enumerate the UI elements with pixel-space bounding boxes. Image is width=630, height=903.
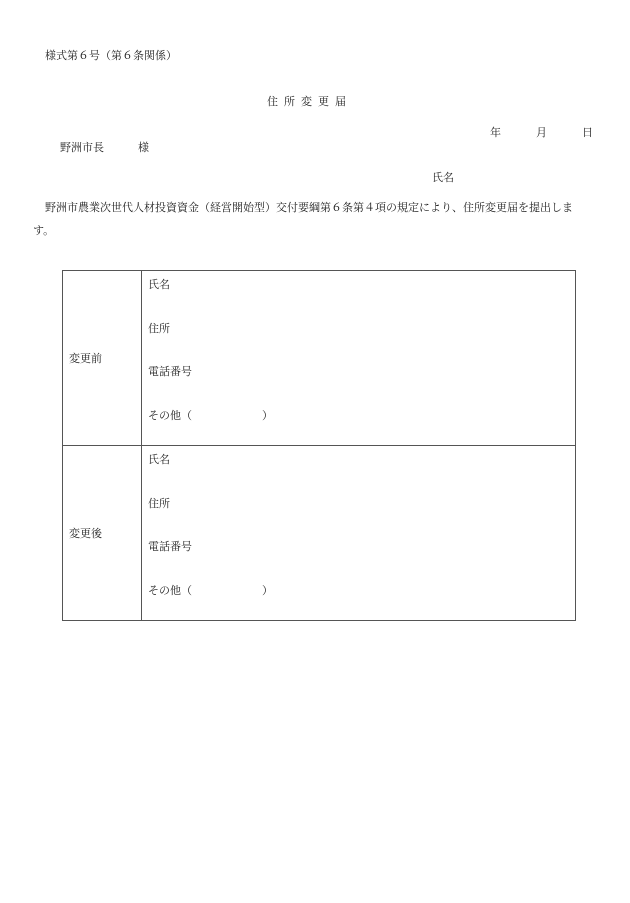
date-year: 年 — [490, 124, 501, 140]
change-table: 変更前 氏名 住所 電話番号 その他（） 変更後 氏名 住所 電話番号 その他（… — [62, 270, 576, 621]
body-text: 野洲市農業次世代人材投資資金（経営開始型）交付要綱第６条第４項の規定により、住所… — [33, 196, 593, 242]
field-phone: 電話番号 — [148, 533, 575, 577]
field-other: その他（） — [148, 577, 575, 621]
section-after: 変更後 氏名 住所 電話番号 その他（） — [63, 446, 576, 621]
applicant-name-label: 氏名 — [432, 169, 454, 185]
date-month: 月 — [536, 124, 547, 140]
field-other-close: ） — [262, 584, 273, 597]
field-address: 住所 — [148, 315, 575, 359]
field-other-close: ） — [262, 409, 273, 422]
date-line: 年 月 日 — [490, 124, 593, 140]
field-other-label: その他（ — [148, 584, 192, 597]
addressee: 野洲市長様 — [60, 139, 149, 155]
form-number: 様式第６号（第６条関係） — [45, 47, 177, 63]
section-fields: 氏名 住所 電話番号 その他（） — [142, 271, 576, 446]
field-other-label: その他（ — [148, 409, 192, 422]
section-fields: 氏名 住所 電話番号 その他（） — [142, 446, 576, 621]
date-day: 日 — [582, 124, 593, 140]
addressee-honorific: 様 — [138, 141, 149, 154]
field-name: 氏名 — [148, 446, 575, 490]
document-title: 住所変更届 — [267, 93, 352, 109]
section-before: 変更前 氏名 住所 電話番号 その他（） — [63, 271, 576, 446]
field-phone: 電話番号 — [148, 358, 575, 402]
field-name: 氏名 — [148, 271, 575, 315]
section-label: 変更前 — [63, 271, 142, 446]
section-label: 変更後 — [63, 446, 142, 621]
field-other: その他（） — [148, 402, 575, 446]
addressee-name: 野洲市長 — [60, 141, 104, 154]
field-address: 住所 — [148, 490, 575, 534]
